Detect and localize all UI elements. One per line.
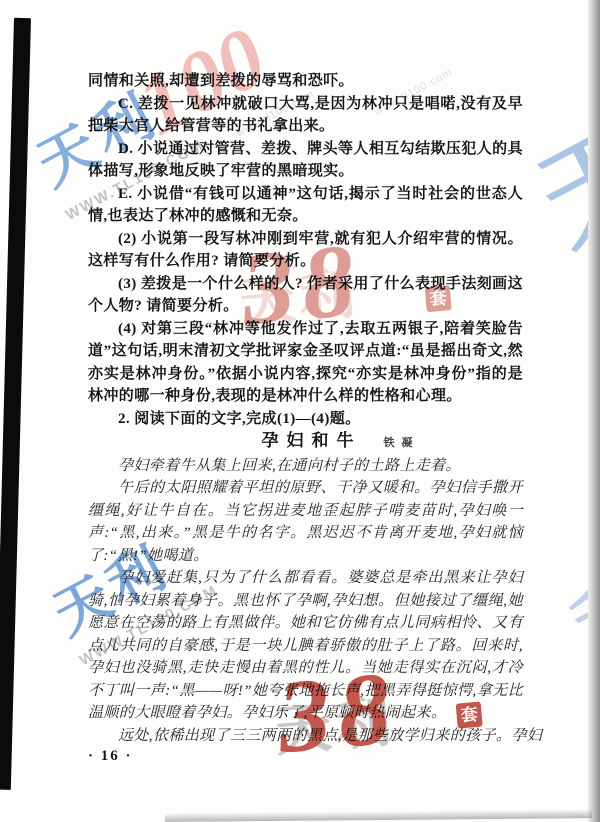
option-e: E. 小说借“有钱可以通神”这句话,揭示了当时社会的世态人情,也表达了林冲的感慨… bbox=[88, 183, 523, 228]
scan-edge-right bbox=[588, 0, 600, 822]
passage-paragraph-1: 孕妇牵着牛从集上回来,在通向村子的土路上走着。 bbox=[88, 455, 523, 478]
scan-book-edge-left bbox=[0, 18, 31, 790]
passage-paragraph-3: 孕妇爱赶集,只为了什么都看看。婆婆总是牵出黑来让孕妇骑,怕孕妇累着身子。黑也怀了… bbox=[88, 567, 523, 725]
question-4: (4) 对第三段“林冲等他发作过了,去取五两银子,陪着笑脸告道”这句话,明末清初… bbox=[88, 318, 523, 408]
question-2: (2) 小说第一段写林冲刚到牢营,就有犯人介绍牢营的情况。这样写有什么作用? 请… bbox=[88, 228, 523, 273]
exam-continuation-line: 同情和关照,却遭到差拨的辱骂和恐吓。 bbox=[88, 70, 523, 93]
passage-paragraph-4: 远处,依稀出现了三三两两的黑点,是那些放学归来的孩子。孕妇 bbox=[88, 725, 523, 748]
option-d: D. 小说通过对管营、差拨、牌头等人相互勾结欺压犯人的具体描写,形象地反映了牢营… bbox=[88, 138, 523, 183]
passage-paragraph-2: 午后的太阳照耀着平坦的原野、干净又暖和。孕妇信手撒开缰绳,好让牛自在。当它拐进麦… bbox=[88, 477, 523, 567]
page-number: · 16 · bbox=[88, 748, 133, 765]
task-2-intro: 2. 阅读下面的文字,完成(1)—(4)题。 bbox=[88, 408, 523, 431]
passage-author: 铁凝 bbox=[384, 437, 420, 449]
passage-title-row: 孕妇和牛铁凝 bbox=[88, 430, 523, 455]
scan-edge-bottom bbox=[165, 809, 592, 822]
option-c: C. 差拨一见林冲就破口大骂,是因为林冲只是唱喏,没有及早把柴大官人给管营等的书… bbox=[88, 93, 523, 138]
passage-title: 孕妇和牛 bbox=[262, 431, 362, 450]
page-content: 同情和关照,却遭到差拨的辱骂和恐吓。 C. 差拨一见林冲就破口大骂,是因为林冲只… bbox=[88, 70, 523, 747]
question-3: (3) 差拨是一个什么样的人? 作者采用了什么表现手法刻画这个人物? 请简要分析… bbox=[88, 273, 523, 318]
